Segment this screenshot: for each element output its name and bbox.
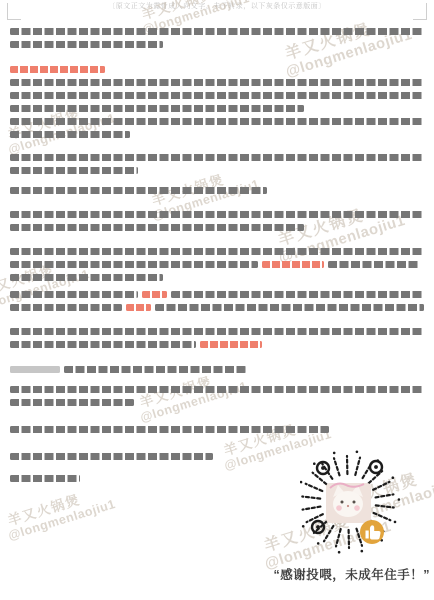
- redacted-text-segment: [10, 248, 424, 255]
- redacted-text-line: [10, 102, 424, 115]
- redacted-paragraph: [10, 423, 424, 436]
- redacted-paragraph: [10, 184, 424, 197]
- redacted-text-line: [10, 423, 424, 436]
- footer-warning: “感谢投喂，未成年住手！”: [273, 565, 430, 583]
- redacted-text-segment: [155, 304, 424, 311]
- redacted-text-line: [10, 63, 424, 76]
- redacted-text-line: [10, 128, 424, 141]
- redacted-text-segment: [10, 224, 304, 231]
- redacted-text-line: [10, 38, 424, 51]
- redacted-text-segment: [10, 453, 213, 460]
- redacted-paragraph: [10, 151, 424, 177]
- redacted-paragraph: [10, 245, 424, 284]
- redacted-text-segment: [10, 131, 130, 138]
- redacted-text-segment: [171, 291, 424, 298]
- redacted-text-line: [10, 383, 424, 396]
- redacted-text-line: [10, 363, 424, 376]
- redacted-paragraph: [10, 288, 424, 314]
- redacted-text-line: [10, 338, 424, 351]
- thumbs-up-badge: [360, 520, 384, 544]
- redacted-text-segment: [10, 399, 134, 406]
- redacted-annotation-red: [142, 291, 167, 298]
- redacted-text-segment: [10, 341, 196, 348]
- redacted-text-segment: [10, 118, 424, 125]
- redacted-paragraph: [10, 208, 424, 234]
- redacted-text-segment: [10, 187, 267, 194]
- redacted-paragraph: [10, 363, 424, 376]
- redacted-text-line: [10, 221, 424, 234]
- redacted-text-segment: [10, 167, 138, 174]
- redacted-annotation-red: [126, 304, 151, 311]
- redacted-text-segment: [10, 304, 122, 311]
- redacted-text-segment: [64, 366, 246, 373]
- redacted-paragraph: [10, 25, 424, 51]
- redacted-text-segment: [10, 261, 258, 268]
- redacted-text-line: [10, 288, 424, 301]
- redacted-paragraph: [10, 115, 424, 141]
- redacted-text-segment: [10, 154, 424, 161]
- redacted-text-line: [10, 151, 424, 164]
- redacted-text-segment: [10, 211, 424, 218]
- redacted-text-segment: [10, 79, 424, 86]
- redacted-text-line: [10, 184, 424, 197]
- redacted-paragraph: [10, 383, 424, 409]
- redacted-text-segment: [10, 328, 424, 335]
- redacted-annotation-red: [262, 261, 324, 268]
- redacted-text-segment: [10, 41, 163, 48]
- redacted-annotation-red: [10, 66, 105, 73]
- redacted-text-line: [10, 164, 424, 177]
- redacted-text-line: [10, 25, 424, 38]
- redacted-text-line: [10, 115, 424, 128]
- redacted-text-segment: [10, 28, 424, 35]
- redacted-text-line: [10, 301, 424, 314]
- redacted-paragraph: [10, 76, 424, 115]
- redacted-text-line: [10, 325, 424, 338]
- redacted-text-segment: [10, 291, 138, 298]
- redacted-text-line: [10, 258, 424, 271]
- redacted-text-line: [10, 396, 424, 409]
- qr-code: [300, 450, 424, 564]
- redacted-text-segment: [328, 261, 419, 268]
- redacted-paragraph: [10, 325, 424, 351]
- redacted-annotation-red: [200, 341, 262, 348]
- redacted-annotation-gray: [10, 366, 60, 373]
- redacted-text-line: [10, 271, 424, 284]
- redacted-text-line: [10, 76, 424, 89]
- redacted-text-segment: [10, 105, 304, 112]
- redacted-text-segment: [10, 274, 163, 281]
- redacted-text-line: [10, 245, 424, 258]
- redacted-paragraph: [10, 63, 424, 76]
- redacted-text-line: [10, 89, 424, 102]
- document-page: 〔原文正文为露骨成人向文字，未予转录，以下灰条仅示意版面〕 羊又火锅煲@long…: [0, 0, 434, 600]
- redacted-text-segment: [10, 426, 329, 433]
- redacted-text-segment: [10, 386, 424, 393]
- cat-photo: [326, 483, 371, 523]
- redacted-text-line: [10, 208, 424, 221]
- redacted-text-segment: [10, 92, 424, 99]
- redacted-text-segment: [10, 475, 80, 482]
